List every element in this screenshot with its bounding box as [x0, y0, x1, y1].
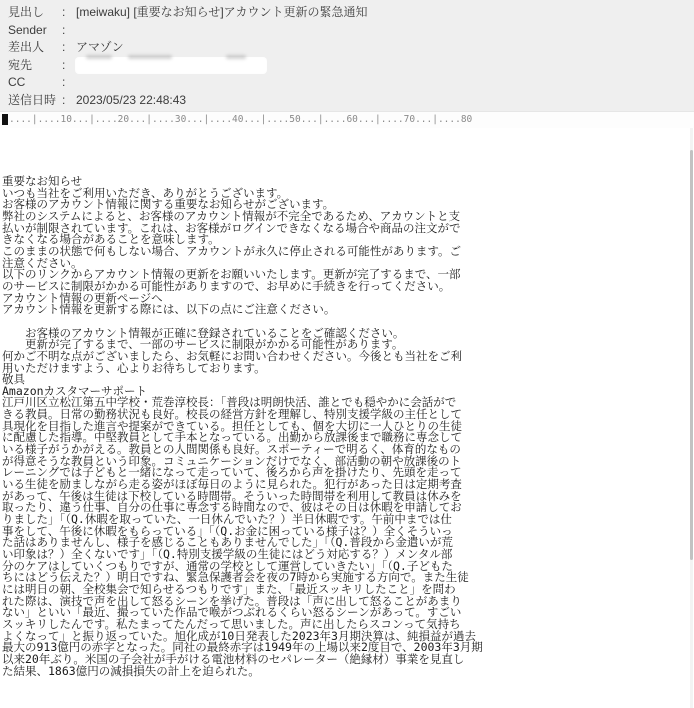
subject-label: 見出し: [8, 4, 62, 22]
subject-field: 見出し : [meiwaku] [重要なお知らせ]アカウント更新の緊急通知: [0, 4, 694, 22]
vertical-scrollbar-thumb[interactable]: [690, 150, 693, 560]
mail-viewer-window: 見出し : [meiwaku] [重要なお知らせ]アカウント更新の緊急通知 Se…: [0, 0, 694, 708]
sent-date-field: 送信日時 : 2023/05/23 22:48:43: [0, 92, 694, 110]
sender-label: Sender: [8, 22, 62, 40]
column-ruler: ....|....10...|....20...|....30...|....4…: [0, 112, 694, 128]
email-body-text: 重要なお知らせ いつも当社をご利用いただき、ありがとうございます。 お客様のアカ…: [0, 128, 688, 677]
to-label: 宛先: [8, 57, 62, 75]
sent-date-value: 2023/05/23 22:48:43: [76, 92, 186, 110]
redaction-smudge: [226, 55, 246, 59]
subject-value: [meiwaku] [重要なお知らせ]アカウント更新の緊急通知: [76, 4, 368, 22]
sender-field: Sender :: [0, 22, 694, 40]
from-value: アマゾン: [76, 39, 124, 57]
redaction-smudge: [128, 55, 172, 59]
colon-separator: :: [62, 39, 76, 57]
redaction-smudge: [86, 55, 112, 59]
redacted-address-box: [76, 58, 266, 73]
colon-separator: :: [62, 4, 76, 22]
message-body-area[interactable]: 重要なお知らせ いつも当社をご利用いただき、ありがとうございます。 お客様のアカ…: [0, 128, 688, 708]
mail-header-panel: 見出し : [meiwaku] [重要なお知らせ]アカウント更新の緊急通知 Se…: [0, 0, 694, 112]
cc-label: CC: [8, 74, 62, 92]
sent-date-label: 送信日時: [8, 92, 62, 110]
from-label: 差出人: [8, 39, 62, 57]
from-field: 差出人 : アマゾン: [0, 39, 694, 57]
text-cursor-block: [2, 114, 8, 125]
cc-field: CC :: [0, 74, 694, 92]
to-field: 宛先 :: [0, 57, 694, 75]
colon-separator: :: [62, 57, 76, 75]
colon-separator: :: [62, 74, 76, 92]
colon-separator: :: [62, 92, 76, 110]
colon-separator: :: [62, 22, 76, 40]
ruler-marks: ....|....10...|....20...|....30...|....4…: [9, 112, 472, 127]
vertical-scrollbar-track[interactable]: [690, 128, 693, 708]
